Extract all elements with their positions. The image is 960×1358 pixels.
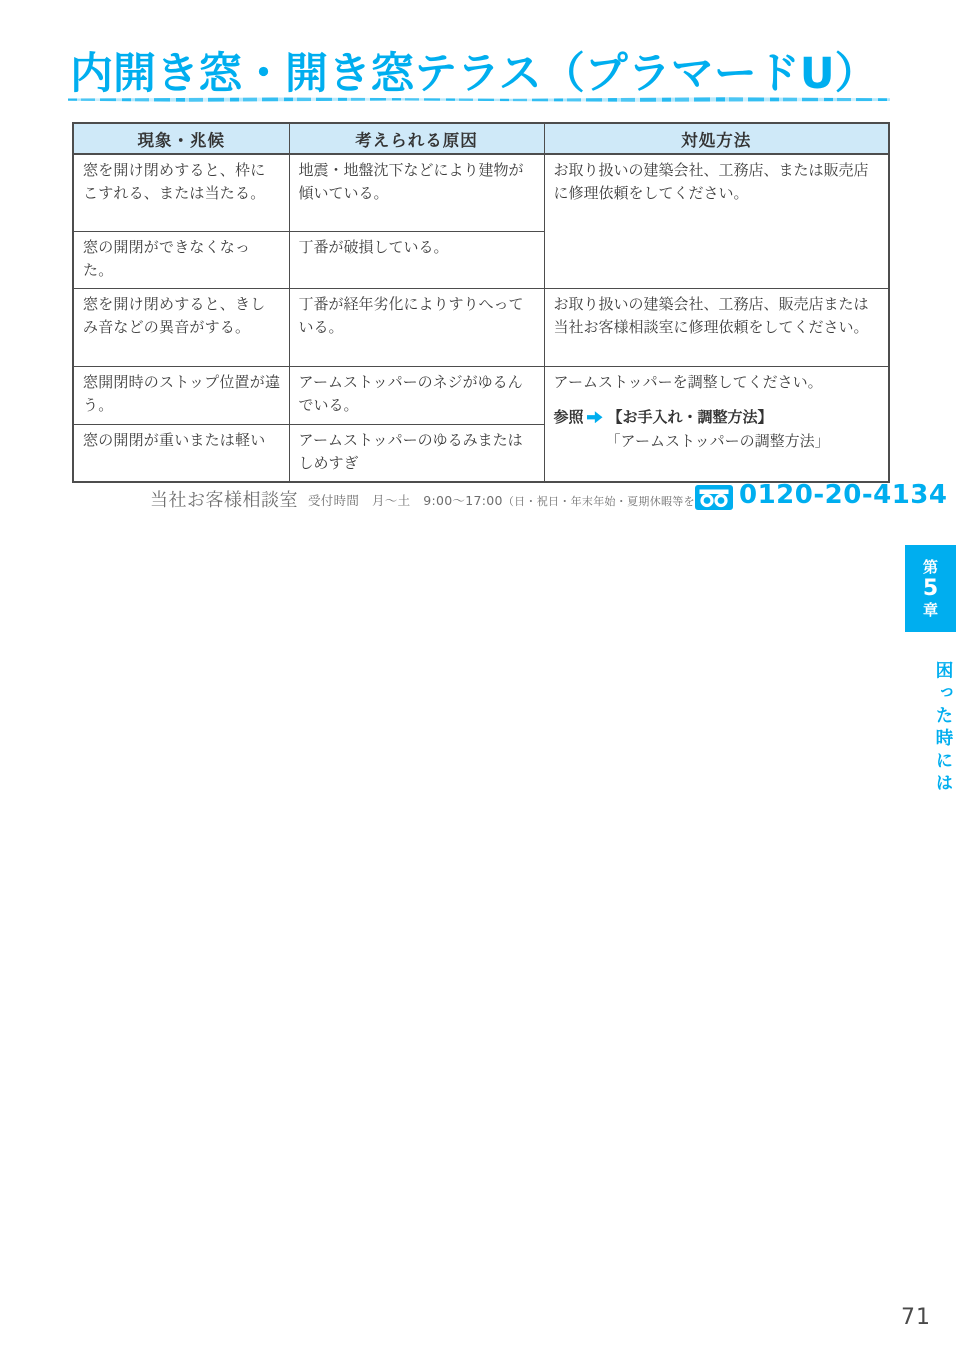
table-row: 窓開閉時のストップ位置が違う。 アームストッパーのネジがゆるんでいる。 アームス… <box>73 367 889 425</box>
contact-hours: 受付時間 月～土 9:00～17:00（日・祝日・年末年始・夏期休暇等を除く） <box>308 491 729 509</box>
reference-subtarget: 「アームストッパーの調整方法」 <box>554 430 881 453</box>
cause-cell: 地震・地盤沈下などにより建物が傾いている。 <box>289 154 544 231</box>
hours-label: 受付時間 <box>308 493 359 508</box>
header-symptom: 現象・兆候 <box>73 123 289 154</box>
page-title: 内開き窓・開き窓テラス（プラマードU） <box>70 40 900 101</box>
symptom-cell: 窓開閉時のストップ位置が違う。 <box>73 367 289 425</box>
page-number: 71 <box>901 1305 931 1330</box>
cause-cell: アームストッパーのネジがゆるんでいる。 <box>289 367 544 425</box>
manual-page: 内開き窓・開き窓テラス（プラマードU） 現象・兆候 考えられる原因 対処方法 窓… <box>0 0 960 1358</box>
remedy-cell: お取り扱いの建築会社、工務店、または販売店に修理依頼をしてください。 <box>544 154 889 289</box>
symptom-cell: 窓を開け閉めすると、きしみ音などの異音がする。 <box>73 289 289 367</box>
contact-label: 当社お客様相談室 <box>150 486 298 512</box>
remedy-cell: アームストッパーを調整してください。 参照【お手入れ・調整方法】 「アームストッ… <box>544 367 889 483</box>
cause-cell: 丁番が破損している。 <box>289 231 544 289</box>
chapter-tab-char: 章 <box>923 601 938 620</box>
reference-line: 参照【お手入れ・調整方法】 「アームストッパーの調整方法」 <box>554 406 881 453</box>
table-row: 窓を開け閉めすると、枠にこすれる、または当たる。 地震・地盤沈下などにより建物が… <box>73 154 889 231</box>
chapter-tab: 第 5 章 <box>905 545 956 632</box>
freedial-icon <box>695 485 733 510</box>
troubleshooting-table: 現象・兆候 考えられる原因 対処方法 窓を開け閉めすると、枠にこすれる、または当… <box>72 122 890 483</box>
chapter-tab-number: 5 <box>923 577 938 601</box>
cause-cell: 丁番が経年劣化によりすりへっている。 <box>289 289 544 367</box>
hours-value: 月～土 9:00～17:00 <box>372 493 503 508</box>
reference-label: 参照 <box>554 408 584 426</box>
table-row: 窓を開け閉めすると、きしみ音などの異音がする。 丁番が経年劣化によりすりへってい… <box>73 289 889 367</box>
cause-cell: アームストッパーのゆるみまたはしめすぎ <box>289 424 544 482</box>
tollfree-phone-number: 0120-20-4134 <box>739 480 948 510</box>
customer-contact-row: 当社お客様相談室 受付時間 月～土 9:00～17:00（日・祝日・年末年始・夏… <box>0 478 960 518</box>
chapter-tab-char: 第 <box>923 558 938 577</box>
remedy-cell: お取り扱いの建築会社、工務店、販売店または当社お客様相談室に修理依頼をしてくださ… <box>544 289 889 367</box>
symptom-cell: 窓を開け閉めすると、枠にこすれる、または当たる。 <box>73 154 289 231</box>
troubleshooting-table-container: 現象・兆候 考えられる原因 対処方法 窓を開け閉めすると、枠にこすれる、または当… <box>72 122 888 483</box>
header-cause: 考えられる原因 <box>289 123 544 154</box>
chapter-title-vertical: 困った時には <box>905 648 956 808</box>
right-arrow-icon <box>587 411 603 423</box>
remedy-text: アームストッパーを調整してください。 <box>554 371 881 394</box>
header-remedy: 対処方法 <box>544 123 889 154</box>
symptom-cell: 窓の開閉が重いまたは軽い <box>73 424 289 482</box>
reference-target: 【お手入れ・調整方法】 <box>608 408 773 426</box>
table-header-row: 現象・兆候 考えられる原因 対処方法 <box>73 123 889 154</box>
symptom-cell: 窓の開閉ができなくなった。 <box>73 231 289 289</box>
